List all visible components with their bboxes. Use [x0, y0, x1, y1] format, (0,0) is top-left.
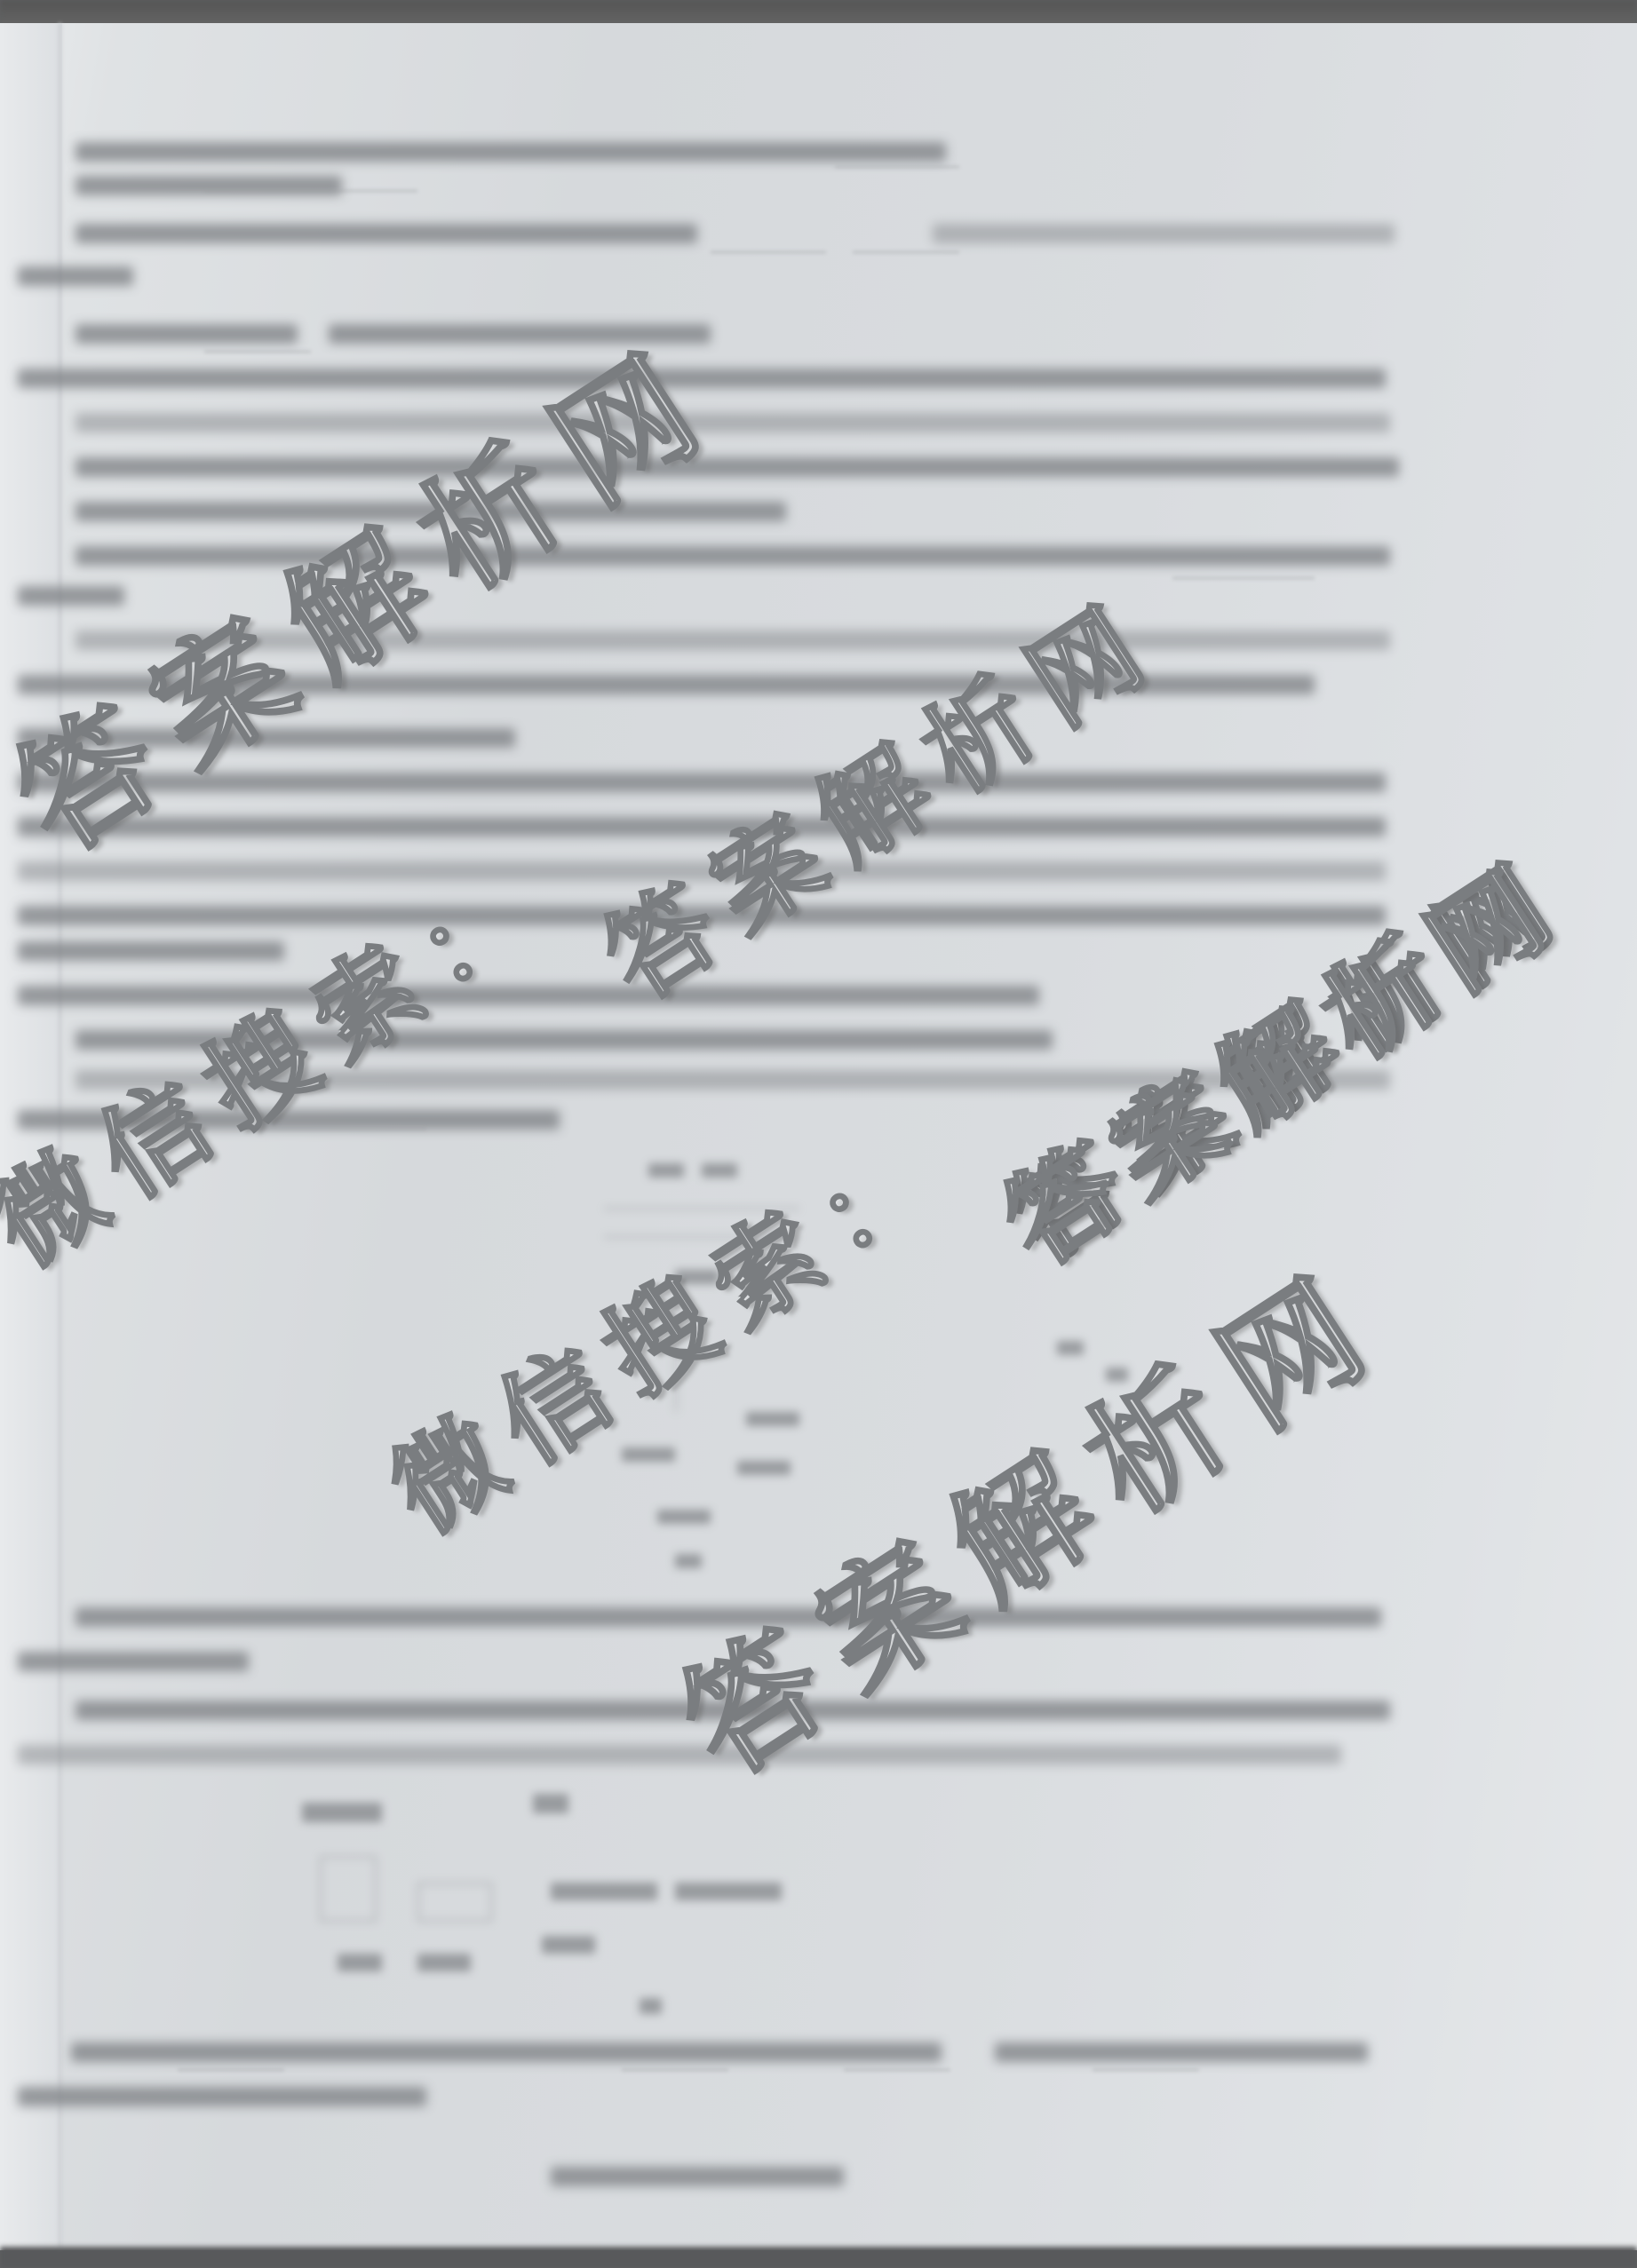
text-line: [551, 2167, 844, 2186]
answer-blank: [178, 2069, 284, 2071]
text-line: [18, 586, 124, 606]
text-line: [18, 941, 284, 961]
answer-blank: [853, 251, 959, 253]
answer-blank: [1172, 577, 1315, 579]
answer-blank: [204, 351, 311, 353]
answer-blank: [1093, 2069, 1199, 2071]
text-line: [18, 1745, 1341, 1764]
text-line: [71, 2042, 942, 2062]
answer-blank: [711, 251, 826, 253]
answer-blank: [844, 2069, 950, 2071]
text-line: [18, 266, 133, 286]
text-line: [75, 224, 697, 243]
text-line: [75, 324, 298, 344]
text-line: [933, 224, 1395, 243]
text-line: [995, 2042, 1368, 2062]
photo-bottom-edge: [0, 2247, 1637, 2268]
answer-blank: [622, 2069, 728, 2071]
text-line: [75, 142, 946, 162]
text-line: [75, 176, 342, 195]
text-line: [18, 1652, 249, 1671]
answer-blank: [204, 190, 417, 192]
text-line: [18, 986, 1039, 1005]
answer-blank: [835, 166, 959, 168]
text-line: [75, 457, 1399, 477]
text-line: [18, 2087, 426, 2106]
figure-2: [284, 1785, 1137, 2016]
